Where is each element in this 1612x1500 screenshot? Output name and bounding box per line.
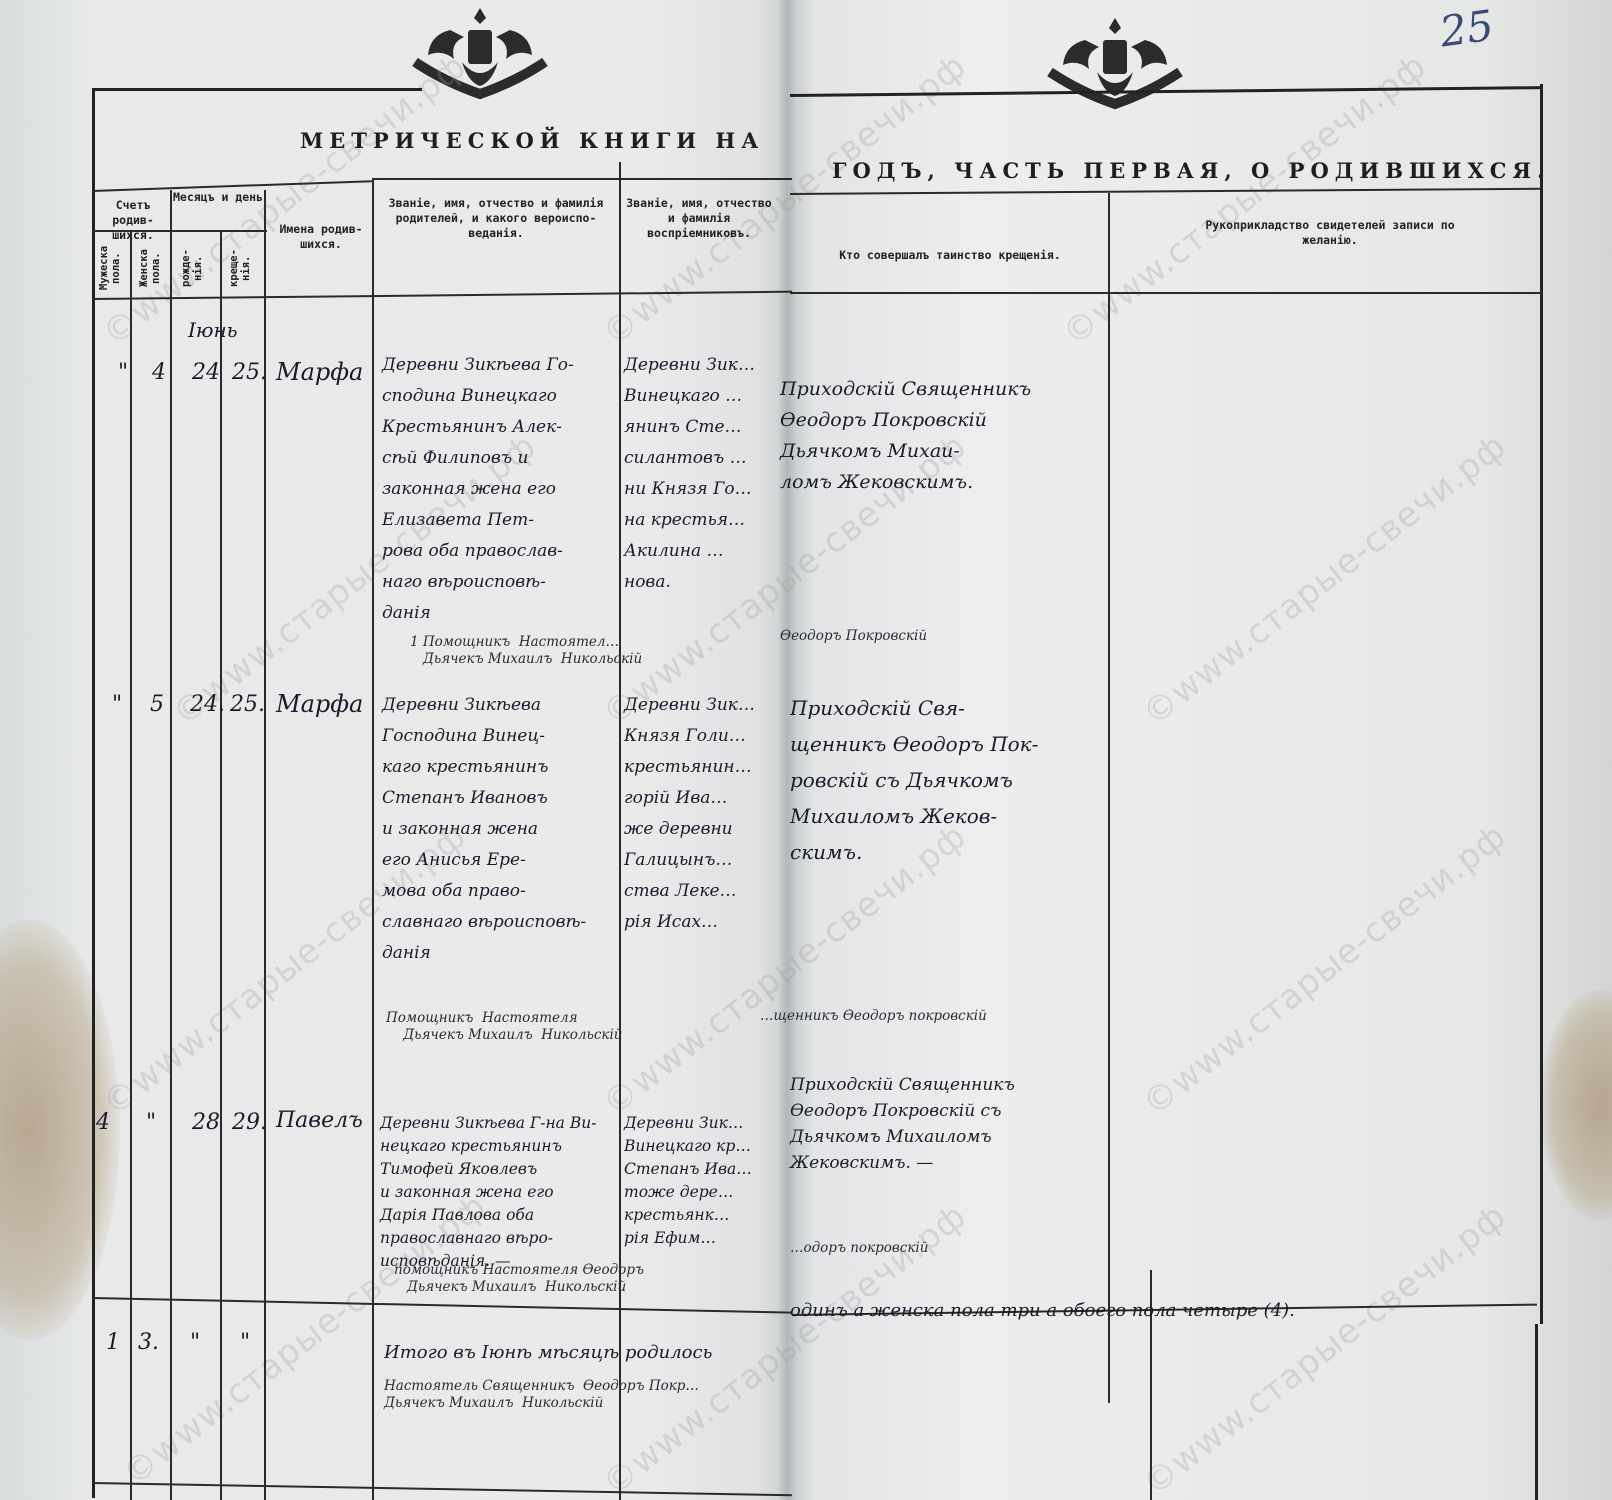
totals-row-bottom-line bbox=[92, 1482, 792, 1496]
totals-signature: Настоятель Священникъ Ѳеодоръ Покр… Дьяч… bbox=[384, 1378, 699, 1412]
godparents-text: Деревни Зик… Князя Голи… крестьянин… гор… bbox=[624, 690, 755, 938]
godparents-text: Деревни Зик… Винецкаго … янинъ Сте… сила… bbox=[624, 350, 755, 598]
double-headed-eagle-icon bbox=[1045, 10, 1185, 120]
header-priest: Кто совершалъ таинство крещенія. bbox=[800, 248, 1100, 263]
table-border-right bbox=[1540, 84, 1543, 1324]
month: Іюнь bbox=[188, 318, 238, 342]
child-name: Марфа bbox=[276, 690, 363, 718]
priest-text: Приходскій Священникъ Ѳеодоръ Покровскій… bbox=[790, 1072, 1015, 1176]
left-page-title: МЕТРИЧЕСКОЙ КНИГИ НА bbox=[300, 128, 764, 153]
priest-text: Приходскій Священникъ Ѳеодоръ Покровскій… bbox=[780, 374, 1031, 498]
water-stain bbox=[1540, 990, 1612, 1220]
column-divider bbox=[170, 190, 172, 1500]
table-border-top-left bbox=[92, 88, 422, 91]
priest-text: Приходскій Свя- щенникъ Ѳеодоръ Пок- ров… bbox=[790, 690, 1038, 870]
signature-right: …щенникъ Ѳеодоръ покровскій bbox=[760, 1008, 987, 1025]
female-count: " bbox=[146, 1110, 156, 1135]
total-birth-day: " bbox=[190, 1330, 200, 1355]
header-child-name: Имена родив- шихся. bbox=[276, 222, 366, 252]
header-godparents: Званіе, имя, отчество и фамилія воспріем… bbox=[624, 196, 774, 241]
column-divider bbox=[372, 178, 374, 1500]
header-month-group: Месяцъ и день bbox=[172, 190, 264, 205]
parents-text: Деревни Зикѣева Го- сподина Винецкаго Кр… bbox=[382, 350, 574, 629]
right-page-title: ГОДЪ, ЧАСТЬ ПЕРВАЯ, О РОДИВШИХСЯ. bbox=[832, 158, 1550, 183]
header-witnesses: Рукоприкладство свидетелей записи по жел… bbox=[1180, 218, 1480, 248]
table-border-right-lower bbox=[1535, 1324, 1538, 1500]
column-divider bbox=[130, 232, 132, 1500]
page-number: 25 bbox=[1437, 1, 1497, 57]
header-parents: Званіе, имя, отчество и фамилія родителе… bbox=[380, 196, 612, 241]
total-baptism-day: " bbox=[240, 1330, 250, 1355]
register-spread: 25 ©www.старые-свечи.рф ©www.старые-свеч… bbox=[0, 0, 1612, 1500]
godparents-text: Деревни Зик… Винецкаго кр… Степанъ Ива… … bbox=[624, 1112, 752, 1250]
male-count: " bbox=[118, 360, 128, 385]
signature: Помощникъ Настоятеля Дьячекъ Михаилъ Ник… bbox=[386, 1010, 622, 1044]
watermark: ©www.старые-свечи.рф bbox=[1135, 1196, 1514, 1500]
baptism-day: 29. bbox=[232, 1110, 267, 1135]
watermark: ©www.старые-свечи.рф bbox=[1135, 816, 1514, 1124]
total-female: 3. bbox=[138, 1330, 159, 1355]
female-count: 5 bbox=[150, 692, 164, 717]
column-divider bbox=[220, 232, 222, 1500]
column-divider bbox=[619, 162, 621, 1500]
header-count-group: Счетъ родив- шихся. bbox=[96, 198, 170, 243]
signature: помощникъ Настоятеля Ѳеодоръ Дьячекъ Мих… bbox=[394, 1262, 644, 1296]
parents-text: Деревни Зикѣева Г-на Ви- нецкаго крестья… bbox=[380, 1112, 596, 1273]
birth-day: 24. bbox=[190, 692, 225, 717]
header-birth: рожде- нія. bbox=[180, 240, 210, 296]
totals-row-top-line bbox=[92, 1297, 792, 1313]
child-name: Павелъ bbox=[276, 1108, 363, 1133]
male-count: " bbox=[112, 692, 122, 717]
birth-day: 24 bbox=[192, 360, 220, 385]
totals-text: Итого въ Іюнѣ мѣсяцѣ родилось bbox=[384, 1342, 712, 1363]
signature-right: Ѳеодоръ Покровскій bbox=[780, 628, 927, 645]
parents-text: Деревни Зикѣева Господина Винец- каго кр… bbox=[382, 690, 586, 969]
header-baptism: креще- нія. bbox=[228, 240, 258, 296]
baptism-day: 25. bbox=[230, 692, 265, 717]
signature-right: …одоръ покровскій bbox=[790, 1240, 928, 1257]
female-count: 4 bbox=[152, 360, 166, 385]
header-top-line bbox=[790, 188, 1540, 195]
signature: 1 Помощникъ Настоятел… Дьячекъ Михаилъ Н… bbox=[410, 634, 642, 668]
column-divider bbox=[264, 190, 266, 1500]
watermark: ©www.старые-свечи.рф bbox=[1135, 426, 1514, 734]
male-count: 4 bbox=[96, 1110, 110, 1135]
header-top-line bbox=[372, 178, 792, 180]
column-divider bbox=[1108, 193, 1110, 1403]
header-female: Женска пола. bbox=[138, 240, 168, 296]
total-male: 1 bbox=[106, 1330, 120, 1355]
double-headed-eagle-icon bbox=[410, 0, 550, 110]
birth-day: 28 bbox=[192, 1110, 220, 1135]
header-male: Мужеска пола. bbox=[98, 240, 128, 296]
header-bottom-line bbox=[790, 292, 1540, 294]
child-name: Марфа bbox=[276, 358, 363, 386]
table-border-left bbox=[92, 88, 95, 1498]
totals-text-continued: одинъ а женска пола три а обоего пола че… bbox=[790, 1300, 1295, 1321]
baptism-day: 25. bbox=[232, 360, 267, 385]
